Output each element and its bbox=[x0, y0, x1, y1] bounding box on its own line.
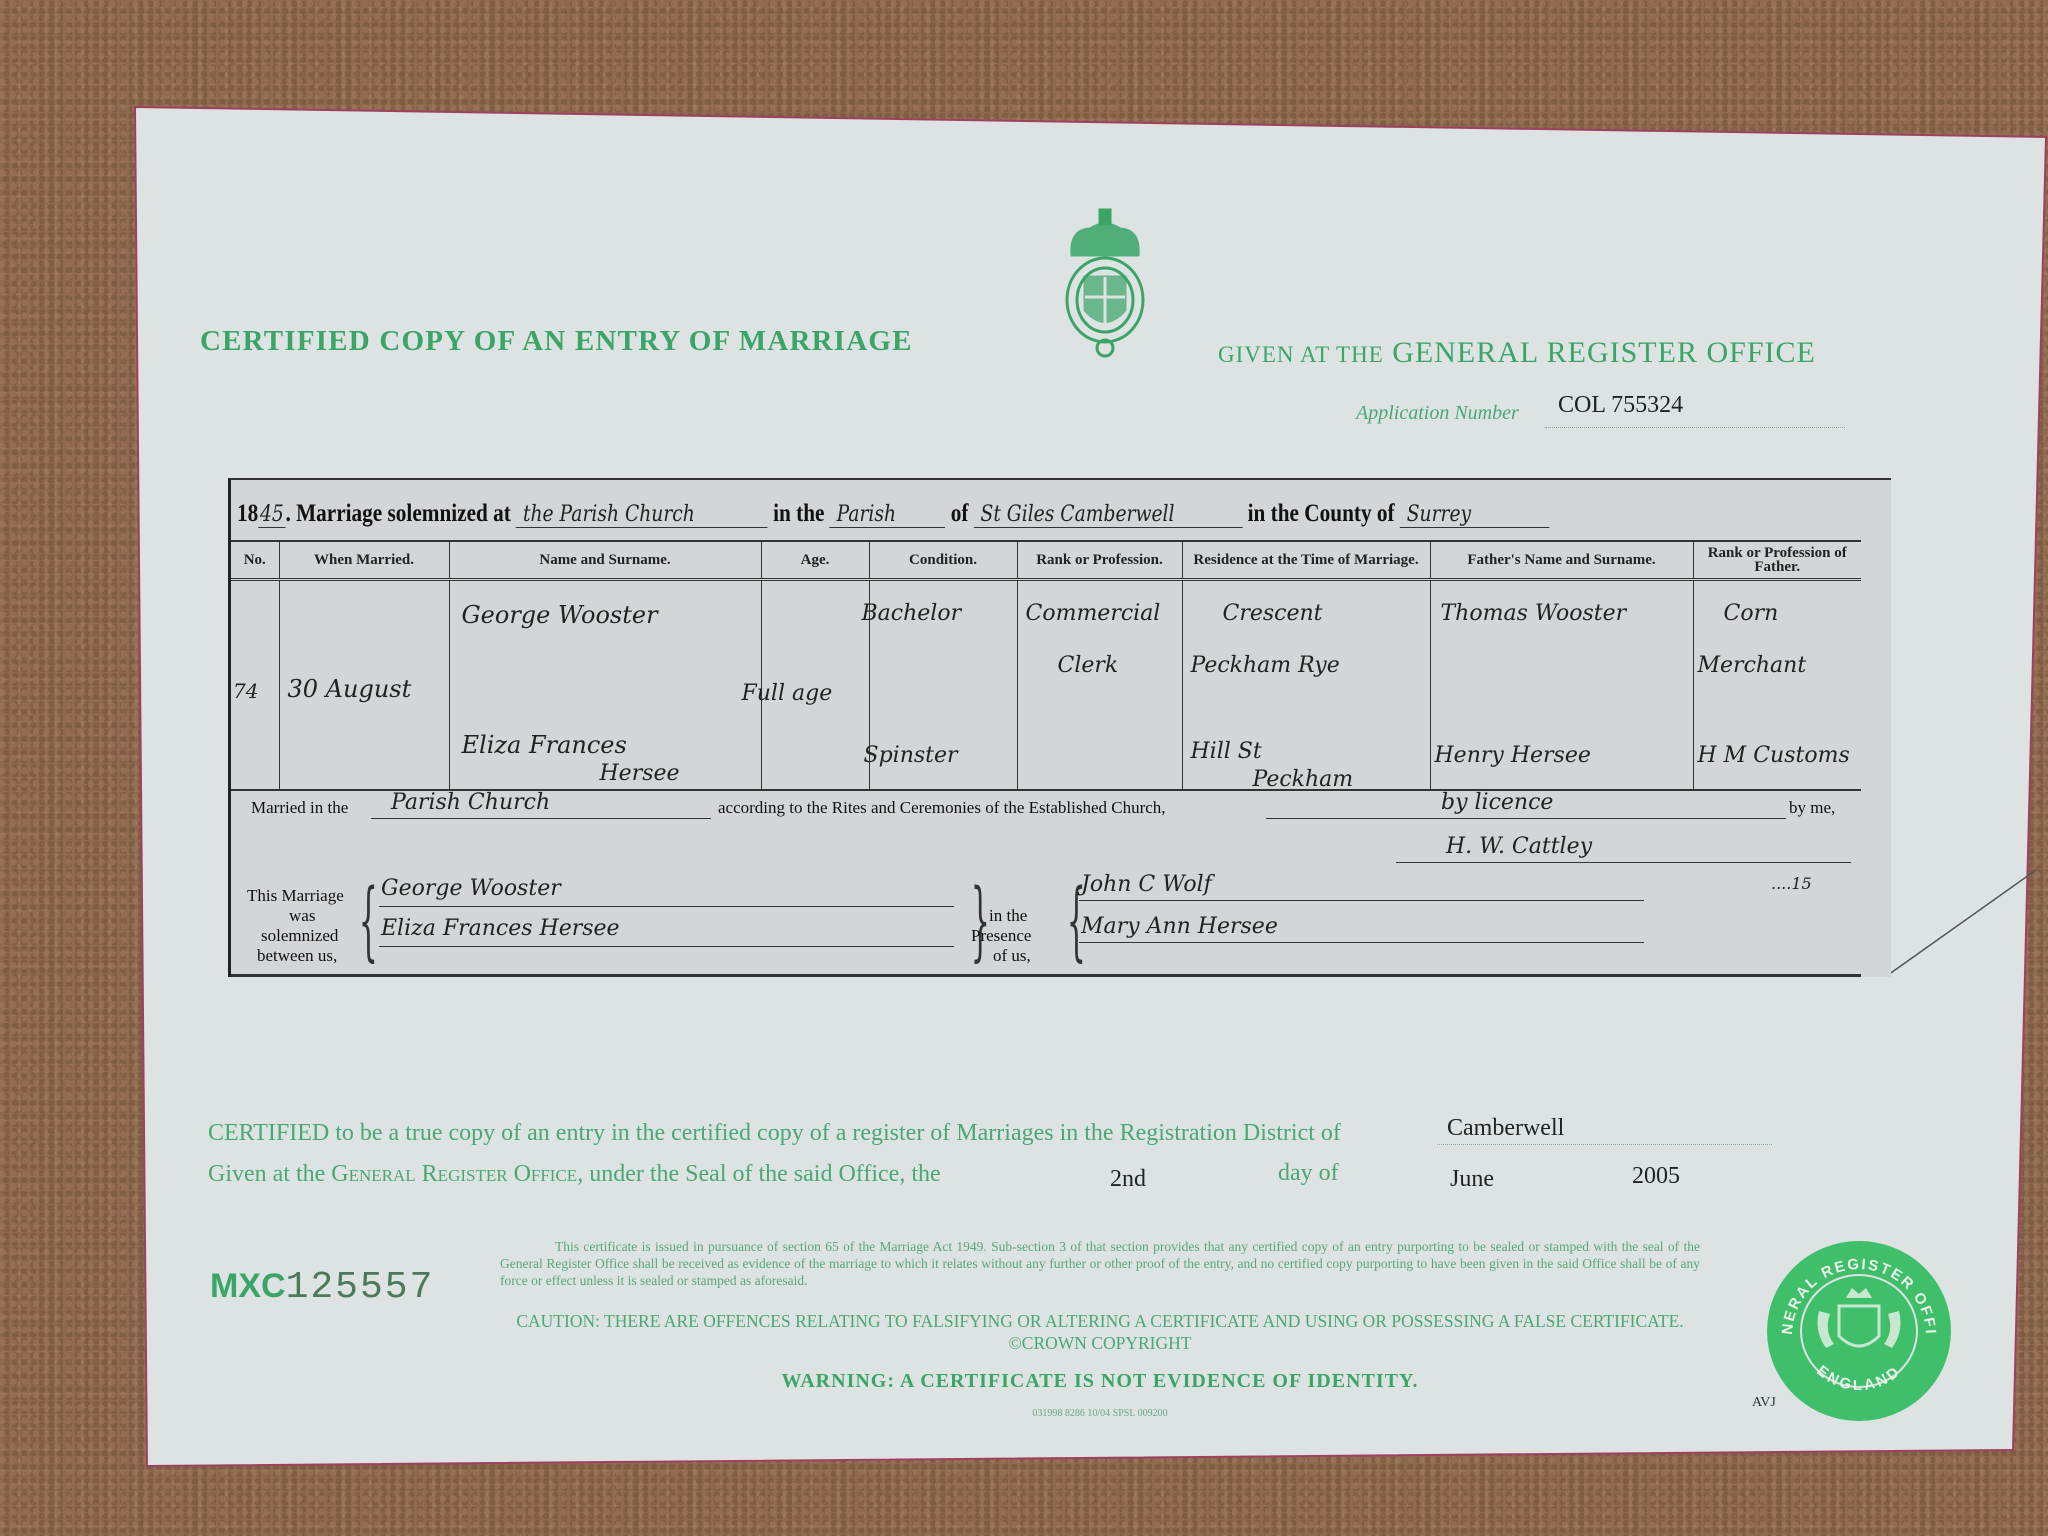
groom-condition: Bachelor bbox=[862, 601, 962, 626]
print-code: 031998 8286 10/04 SPSL 009200 bbox=[500, 1408, 1700, 1419]
groom-residence-line1: Crescent bbox=[1223, 601, 1323, 626]
witness-1-line bbox=[1079, 900, 1644, 901]
certificate-title: CERTIFIED COPY OF AN ENTRY OF MARRIAGE bbox=[200, 325, 913, 358]
groom-rank-line2: Clerk bbox=[1058, 653, 1119, 678]
bride-father-rank: H M Customs bbox=[1698, 743, 1850, 768]
party-1-signature: George Wooster bbox=[381, 876, 561, 901]
cell-condition: Bachelor Spinster bbox=[869, 580, 1017, 791]
cell-age: Full age bbox=[761, 580, 869, 791]
entry-number: 74 bbox=[233, 679, 258, 703]
cell-father-name: Thomas Wooster Henry Hersee bbox=[1430, 580, 1693, 791]
margin-note: ....15 bbox=[1771, 874, 1812, 893]
by-licence-value: by licence bbox=[1441, 790, 1553, 815]
officiant-line bbox=[1396, 862, 1851, 863]
issue-month: June bbox=[1450, 1166, 1494, 1193]
day-of-label: day of bbox=[1278, 1160, 1339, 1187]
groom-residence-line2: Peckham Rye bbox=[1191, 653, 1340, 678]
issuer-heading: Given at the GENERAL REGISTER OFFICE bbox=[1218, 336, 1816, 370]
licence-line bbox=[1266, 818, 1786, 819]
rites-label: according to the Rites and Ceremonies of… bbox=[718, 798, 1166, 818]
cell-no: 74 bbox=[231, 580, 279, 791]
groom-father-rank-line1: Corn bbox=[1724, 601, 1779, 626]
issuer-prefix: Given at the bbox=[1218, 342, 1384, 367]
cell-residence: Crescent Peckham Rye Hill St Peckham bbox=[1182, 580, 1430, 791]
bride-father-name: Henry Hersee bbox=[1435, 743, 1591, 768]
serial-digits: 125557 bbox=[286, 1266, 435, 1309]
presence-label-3: of us, bbox=[993, 946, 1031, 966]
gro-seal-icon: GENERAL REGISTER OFFICE ENGLAND bbox=[1764, 1236, 1954, 1426]
col-when-married: When Married. bbox=[279, 541, 449, 580]
year-suffix: 45 bbox=[258, 502, 285, 528]
application-number-value: COL 755324 bbox=[1558, 392, 1683, 419]
year-prefix: 18 bbox=[237, 500, 258, 527]
registration-district: Camberwell bbox=[1447, 1115, 1564, 1142]
of-label: of bbox=[951, 500, 969, 527]
certification-line-1: CERTIFIED to be a true copy of an entry … bbox=[208, 1120, 1341, 1147]
given-office: General Register Office bbox=[331, 1161, 577, 1187]
presence-label-1: in the bbox=[989, 906, 1027, 926]
register-lower-section: Married in the Parish Church according t… bbox=[231, 782, 1861, 977]
groom-father-name: Thomas Wooster bbox=[1441, 601, 1627, 626]
given-suffix: , under the Seal of the said Office, the bbox=[577, 1161, 940, 1187]
between-label-1: This Marriage bbox=[247, 886, 344, 906]
bride-name-line1: Eliza Frances bbox=[462, 731, 627, 759]
bride-condition: Spinster bbox=[864, 743, 958, 768]
marriage-date: 30 August bbox=[288, 675, 412, 703]
issue-year: 2005 bbox=[1632, 1163, 1680, 1190]
witness-2-line bbox=[1079, 942, 1644, 943]
county-value: Surrey bbox=[1400, 502, 1550, 528]
bride-residence-line1: Hill St bbox=[1191, 739, 1262, 764]
in-the-value: Parish bbox=[830, 502, 946, 528]
register-table: No. When Married. Name and Surname. Age.… bbox=[231, 540, 1861, 791]
warning-text: WARNING: A CERTIFICATE IS NOT EVIDENCE O… bbox=[500, 1370, 1700, 1393]
party-2-signature: Eliza Frances Hersee bbox=[381, 916, 620, 941]
cell-father-rank: Corn Merchant H M Customs bbox=[1693, 580, 1861, 791]
issue-day: 2nd bbox=[1110, 1166, 1146, 1193]
parish-value: St Giles Camberwell bbox=[974, 502, 1243, 528]
col-residence: Residence at the Time of Marriage. bbox=[1182, 541, 1430, 580]
groom-father-rank-line2: Merchant bbox=[1698, 653, 1807, 678]
groom-name: George Wooster bbox=[462, 601, 658, 629]
col-father-rank: Rank or Profession of Father. bbox=[1693, 541, 1861, 580]
presence-label-2: Presence bbox=[971, 926, 1031, 946]
in-the-label: in the bbox=[773, 500, 824, 527]
register-entry: 1845. Marriage solemnized at the Parish … bbox=[228, 478, 1891, 977]
col-no: No. bbox=[231, 541, 279, 580]
officiant-signature: H. W. Cattley bbox=[1446, 834, 1592, 859]
serial-prefix: MXC bbox=[210, 1267, 286, 1305]
register-bottom-rule bbox=[231, 974, 1861, 977]
brace-mid-right: } bbox=[971, 878, 990, 964]
age-value: Full age bbox=[742, 681, 833, 706]
district-dotted-line bbox=[1437, 1144, 1772, 1145]
certification-line-2: Given at the General Register Office, un… bbox=[208, 1161, 941, 1188]
between-label-2: was bbox=[289, 906, 315, 926]
register-heading: 1845. Marriage solemnized at the Parish … bbox=[237, 500, 1550, 528]
register-header-row: No. When Married. Name and Surname. Age.… bbox=[231, 541, 1861, 580]
royal-crest-icon bbox=[1060, 205, 1150, 360]
cell-when-married: 30 August bbox=[279, 580, 449, 791]
serial-number: MXC125557 bbox=[210, 1266, 434, 1309]
issuer-main: GENERAL REGISTER OFFICE bbox=[1392, 336, 1816, 369]
county-label: in the County of bbox=[1248, 500, 1395, 527]
cell-names: George Wooster Eliza Frances Hersee bbox=[449, 580, 761, 791]
legal-text: This certificate is issued in pursuance … bbox=[500, 1238, 1700, 1289]
solemnized-at: the Parish Church bbox=[516, 502, 768, 528]
married-in-label: Married in the bbox=[251, 798, 348, 818]
col-condition: Condition. bbox=[869, 541, 1017, 580]
witness-2-signature: Mary Ann Hersee bbox=[1081, 914, 1278, 939]
given-prefix: Given at the bbox=[208, 1161, 325, 1187]
between-label-3: solemnized bbox=[261, 926, 338, 946]
by-me-label: by me, bbox=[1789, 798, 1835, 818]
between-label-4: between us, bbox=[257, 946, 337, 966]
application-number-line bbox=[1545, 427, 1845, 428]
married-in-line bbox=[371, 818, 711, 819]
groom-rank-line1: Commercial bbox=[1026, 601, 1161, 626]
brace-left: { bbox=[359, 878, 378, 964]
col-age: Age. bbox=[761, 541, 869, 580]
col-father-name: Father's Name and Surname. bbox=[1430, 541, 1693, 580]
caution-text: CAUTION: THERE ARE OFFENCES RELATING TO … bbox=[500, 1310, 1700, 1354]
table-row: 74 30 August George Wooster Eliza France… bbox=[231, 580, 1861, 791]
party-1-line bbox=[379, 906, 954, 907]
party-2-line bbox=[379, 946, 954, 947]
col-rank: Rank or Profession. bbox=[1017, 541, 1182, 580]
cell-rank: Commercial Clerk bbox=[1017, 580, 1182, 791]
application-number-label: Application Number bbox=[1356, 402, 1519, 425]
col-name: Name and Surname. bbox=[449, 541, 761, 580]
witness-1-signature: John C Wolf bbox=[1081, 872, 1212, 897]
solemnized-label: Marriage solemnized at bbox=[296, 500, 511, 527]
married-in-value: Parish Church bbox=[391, 790, 550, 815]
